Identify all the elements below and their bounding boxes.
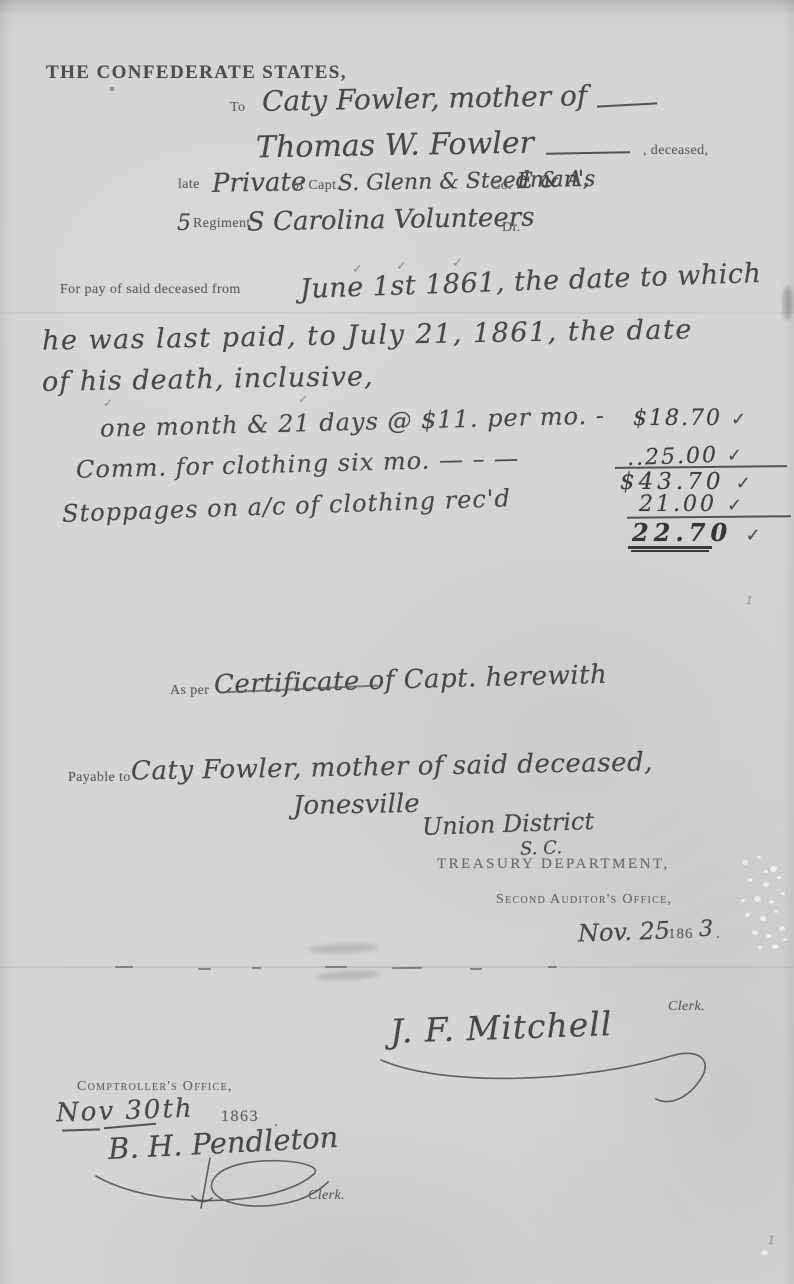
audit-tick: ✓ — [727, 445, 745, 467]
certificate-handwritten: Certificate of Capt. herewith — [214, 660, 608, 700]
clerk-label: Clerk. — [308, 1188, 345, 1204]
damage-speckle — [752, 930, 758, 935]
dr-label: Dr. — [502, 220, 521, 236]
damage-speckle — [754, 896, 761, 902]
signature-flourish — [88, 1152, 348, 1216]
amount-value: 21.00 — [639, 492, 717, 517]
account-row3-desc: Stoppages on a/c of clothing rec'd — [62, 484, 512, 528]
crease-dash — [392, 967, 422, 969]
co-label: Co. — [491, 178, 512, 194]
total-underline-1 — [628, 546, 712, 549]
late-label: late — [178, 177, 200, 193]
crease-dash — [470, 968, 482, 970]
damage-speckle — [742, 860, 748, 865]
to-label: To — [230, 100, 245, 116]
damage-speckle — [774, 910, 778, 913]
crease-dash — [198, 968, 211, 970]
edge-smudge — [783, 286, 793, 320]
audit-tick: ✓ — [298, 392, 308, 406]
audit-tick: ✓ — [746, 525, 766, 546]
document-title: THE CONFEDERATE STATES, — [46, 62, 347, 84]
damage-speckle — [766, 934, 771, 938]
treasury-department-label: TREASURY DEPARTMENT, — [437, 856, 670, 873]
of-capt-label: of Capt. — [292, 178, 340, 194]
year-printed: 186 — [668, 926, 694, 943]
signature-flourish — [375, 1038, 715, 1108]
account-row1-desc: one month & 21 days @ $11. per mo. - — [100, 401, 606, 442]
regiment-name-handwritten: S Carolina Volunteers — [247, 202, 535, 237]
date-period: . — [716, 926, 720, 943]
pay-clause-line3-handwritten: of his death, inclusive, — [42, 361, 374, 398]
damage-speckle — [777, 876, 781, 879]
ink-smudge — [308, 943, 378, 954]
ink-dot — [110, 87, 114, 91]
audit-tick: ✓ — [103, 396, 113, 410]
damage-speckle — [772, 944, 778, 949]
as-per-label: As per — [170, 683, 209, 699]
paper-nick — [761, 1250, 768, 1255]
comptroller-year-printed: 1863 — [221, 1108, 259, 1126]
damage-speckle — [760, 916, 766, 921]
damage-speckle — [764, 870, 768, 873]
damage-speckle — [748, 878, 753, 882]
damage-speckle — [757, 856, 761, 859]
account-total: 22.70 ✓ — [632, 518, 766, 547]
audit-tick: ✓ — [731, 409, 748, 430]
account-row1-amount: $18.70 ✓ — [633, 406, 748, 431]
payable-name-handwritten: Caty Fowler, mother of said deceased, — [131, 747, 653, 786]
comptroller-date-handwritten: Nov 30th — [56, 1094, 195, 1129]
page-mark: 1 — [746, 594, 753, 607]
page-mark: 1 — [768, 1234, 775, 1247]
payee-name-handwritten: Caty Fowler, mother of — [262, 79, 588, 118]
damage-speckle — [745, 913, 750, 917]
handwritten-dash — [597, 102, 657, 107]
soldier-name-handwritten: Thomas W. Fowler — [256, 126, 535, 166]
total-underline-2 — [631, 550, 709, 552]
crease-dash — [325, 966, 347, 968]
pay-clause-line2-handwritten: he was last paid, to July 21, 1861, the … — [42, 314, 693, 356]
regiment-number-handwritten: 5 — [177, 211, 191, 236]
treasury-date-handwritten: Nov. 25 — [578, 916, 671, 947]
second-auditors-office-label: Second Auditor's Office, — [496, 892, 672, 908]
damage-speckle — [758, 946, 762, 949]
audit-tick: ✓ — [736, 473, 755, 494]
crease-dash — [548, 966, 557, 968]
damage-speckle — [769, 900, 774, 904]
account-row2-desc: Comm. for clothing six mo. — – — — [76, 444, 520, 484]
damage-speckle — [779, 926, 785, 931]
audit-tick: ✓ — [727, 495, 745, 516]
amount-value: $18.70 — [633, 406, 722, 431]
payable-to-label: Payable to — [68, 770, 131, 786]
company-handwritten: E & A, — [517, 167, 590, 195]
damage-speckle — [770, 866, 777, 872]
deceased-label: , deceased, — [643, 143, 708, 159]
ink-smudge — [316, 969, 380, 981]
damage-speckle — [741, 899, 745, 902]
damage-speckle — [781, 892, 785, 895]
pay-clause-label: For pay of said deceased from — [60, 282, 241, 298]
crease-dash — [252, 967, 261, 969]
pay-clause-line1-handwritten: June 1st 1861, the date to which — [300, 258, 762, 305]
crease-dash — [115, 966, 133, 968]
damage-speckle — [763, 882, 769, 887]
date-underline — [62, 1128, 100, 1131]
payable-town-handwritten: Jonesville — [293, 789, 420, 821]
damage-speckle — [783, 938, 787, 941]
amount-value: 22.70 — [632, 518, 732, 547]
payable-district-handwritten: Union District — [422, 807, 595, 841]
year-digit-handwritten: 3 — [699, 917, 713, 942]
regiment-label: Regiment — [193, 216, 251, 232]
account-row3-amount: 21.00 ✓ — [639, 492, 745, 517]
handwritten-dash — [546, 151, 630, 154]
comptrollers-office-label: Comptroller's Office, — [77, 1079, 233, 1095]
clerk-label: Clerk. — [668, 999, 705, 1015]
document-page: THE CONFEDERATE STATES, To Caty Fowler, … — [0, 0, 794, 1284]
